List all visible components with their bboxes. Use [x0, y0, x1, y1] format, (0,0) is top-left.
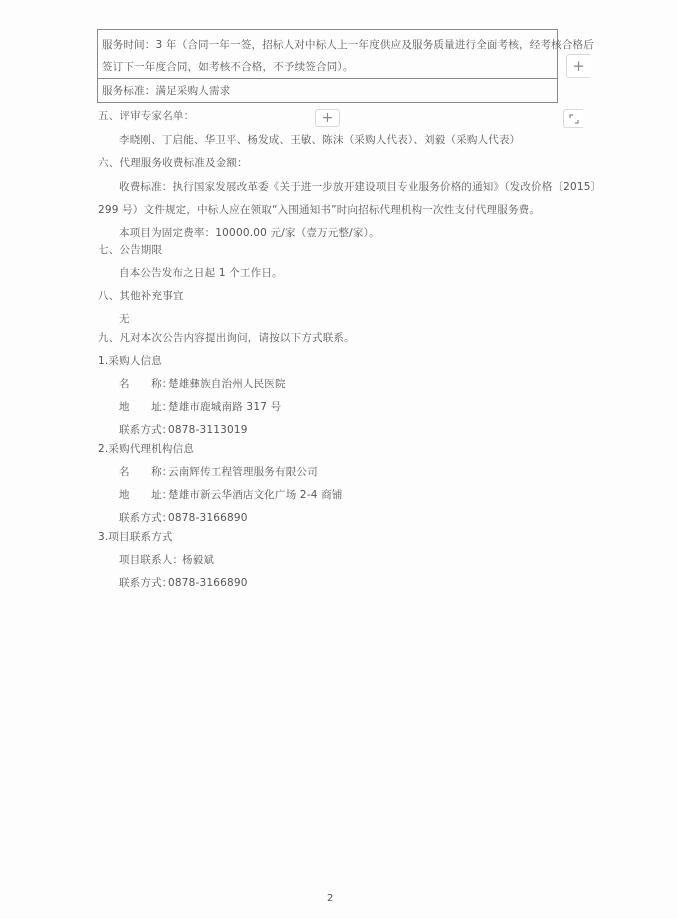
agency-phone: 0878-3166890 [168, 511, 248, 525]
service-standard-row: 服务标准：满足采购人需求 [98, 79, 557, 103]
section-6-body-line1: 收费标准：执行国家发展改革委《关于进一步放开建设项目专业服务价格的通知》（发改价… [119, 180, 601, 194]
agency-name-label: 名 称： [119, 465, 173, 479]
purchaser-phone: 0878-3113019 [168, 423, 248, 437]
expand-button[interactable] [563, 109, 583, 128]
agency-heading: 2.采购代理机构信息 [98, 442, 194, 456]
service-time-line2: 签订下一年度合同，如考核不合格，不予续签合同）。 [102, 60, 354, 74]
purchaser-heading: 1.采购人信息 [98, 354, 162, 368]
project-person: 杨毅斌 [182, 553, 214, 567]
section-6-title: 六、代理服务收费标准及金额： [98, 156, 248, 170]
section-5-body: 李晓刚、丁启能、华卫平、杨发成、王敏、陈沫（采购人代表）、刘毅（采购人代表） [119, 133, 520, 147]
project-phone-label: 联系方式： [119, 576, 173, 590]
expand-icon [569, 114, 579, 124]
plus-icon: + [572, 57, 585, 75]
add-block-button-side[interactable]: + [566, 54, 590, 78]
project-phone: 0878-3166890 [168, 576, 248, 590]
section-8-title: 八、其他补充事宜 [98, 289, 184, 303]
section-5-title: 五、评审专家名单： [98, 109, 194, 123]
agency-name: 云南辉传工程管理服务有限公司 [168, 465, 318, 479]
purchaser-phone-label: 联系方式： [119, 423, 173, 437]
purchaser-name: 楚雄彝族自治州人民医院 [168, 377, 286, 391]
plus-icon: + [322, 110, 334, 126]
purchaser-name-label: 名 称： [119, 377, 173, 391]
agency-phone-label: 联系方式： [119, 511, 173, 525]
service-time-line1: 服务时间：3 年（合同一年一签，招标人对中标人上一年度供应及服务质量进行全面考核… [102, 38, 594, 52]
service-standard: 服务标准：满足采购人需求 [102, 84, 230, 98]
service-time-row: 服务时间：3 年（合同一年一签，招标人对中标人上一年度供应及服务质量进行全面考核… [98, 30, 557, 79]
purchaser-address: 楚雄市鹿城南路 317 号 [168, 400, 281, 414]
section-7-body: 自本公告发布之日起 1 个工作日。 [119, 266, 283, 280]
project-person-label: 项目联系人： [119, 553, 183, 567]
add-block-button-inline[interactable]: + [315, 109, 340, 127]
agency-address: 楚雄市新云华酒店文化广场 2-4 商铺 [168, 488, 343, 502]
page-number: 2 [327, 893, 333, 904]
document-page: 服务时间：3 年（合同一年一签，招标人对中标人上一年度供应及服务质量进行全面考核… [0, 0, 678, 919]
section-6-body-line3: 本项目为固定费率：10000.00 元/家（壹万元整/家）。 [119, 226, 380, 240]
project-heading: 3.项目联系方式 [98, 530, 173, 544]
agency-address-label: 地 址： [119, 488, 173, 502]
section-9-title: 九、凡对本次公告内容提出询问，请按以下方式联系。 [98, 331, 355, 345]
section-6-body-line2: 299 号）文件规定，中标人应在领取“入围通知书”时向招标代理机构一次性支付代理… [98, 203, 540, 217]
service-table: 服务时间：3 年（合同一年一签，招标人对中标人上一年度供应及服务质量进行全面考核… [97, 29, 558, 103]
purchaser-address-label: 地 址： [119, 400, 173, 414]
section-7-title: 七、公告期限 [98, 243, 162, 257]
section-8-body: 无 [119, 312, 130, 326]
